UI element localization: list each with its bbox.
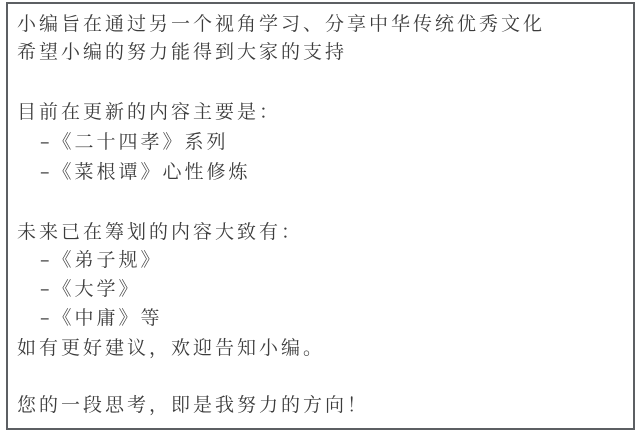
planned-content-heading: 未来已在筹划的内容大致有： [17, 220, 303, 244]
current-content-heading: 目前在更新的内容主要是： [17, 100, 281, 124]
intro-line-1: 小编旨在通过另一个视角学习、分享中华传统优秀文化 [17, 12, 545, 36]
planned-content-item: –《弟子规》 [40, 248, 163, 272]
planned-content-item: –《大学》 [40, 277, 141, 301]
text-box-frame [6, 2, 635, 430]
planned-content-item: –《中庸》等 [40, 306, 163, 330]
intro-line-2: 希望小编的努力能得到大家的支持 [17, 40, 347, 64]
current-content-item: –《菜根谭》心性修炼 [40, 160, 251, 184]
current-content-item: –《二十四孝》系列 [40, 130, 229, 154]
closing-line: 您的一段思考，即是我努力的方向！ [17, 393, 369, 417]
suggestion-line: 如有更好建议，欢迎告知小编。 [17, 336, 325, 360]
